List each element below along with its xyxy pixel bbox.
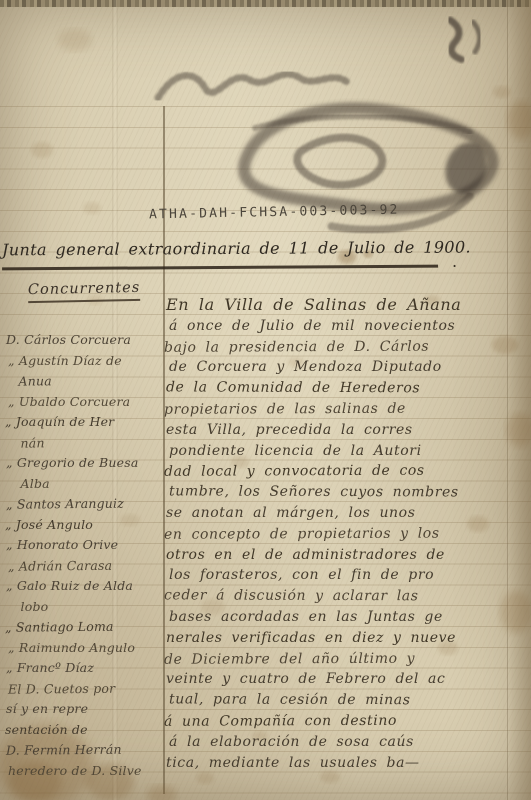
body-text-line: en concepto de propietarios y los <box>164 523 528 545</box>
title-end-mark: . <box>452 252 457 271</box>
body-text-line: se anotan al márgen, los unos <box>166 503 528 524</box>
body-text-line: esta Villa, precedida la corres <box>166 420 528 441</box>
body-text-line: de la Comunidad de Herederos <box>166 378 528 400</box>
attendee-line: „ José Angulo <box>5 515 164 536</box>
book-top-edge <box>0 0 531 7</box>
body-text-line: ceder á discusión y aclarar las <box>164 586 528 608</box>
body-text-line: tumbre, los Señores cuyos nombres <box>169 482 528 504</box>
attendee-line: „ Gregorio de Buesa <box>6 453 164 474</box>
body-text-line: nerales verificadas en diez y nueve <box>166 628 528 649</box>
body-text-line: de Diciembre del año último y <box>164 648 528 670</box>
attendee-line: lobo <box>8 597 164 618</box>
attendee-line: „ Galo Ruiz de Alda <box>6 576 164 597</box>
body-text-line: bajo la presidencia de D. Cárlos <box>164 336 528 358</box>
minutes-body-text: En la Villa de Salinas de Añanaá once de… <box>166 295 528 773</box>
body-text-line: de Corcuera y Mendoza Diputado <box>169 357 528 378</box>
attendee-line: „ Santos Aranguiz <box>6 493 164 515</box>
attendee-line: „ Raimundo Angulo <box>8 638 164 659</box>
body-text-line: propietarios de las salinas de <box>164 398 528 420</box>
ink-blot <box>439 137 493 199</box>
attendee-line: El D. Cuetos por <box>8 678 164 700</box>
attendee-line: D. Fermín Herrán <box>6 739 164 761</box>
body-text-line: En la Villa de Salinas de Añana <box>166 295 528 316</box>
attendee-line: heredero de D. Silve <box>8 761 164 782</box>
body-text-line: bases acordadas en las Juntas ge <box>169 607 528 628</box>
body-text-line: tual, para la cesión de minas <box>169 690 528 712</box>
body-text-line: á la elaboración de sosa caús <box>169 732 528 753</box>
body-text-line: los forasteros, con el fin de pro <box>169 565 528 586</box>
entry-title: Junta general extraordinaria de 11 de Ju… <box>2 238 438 271</box>
attendee-line: „ Agustín Díaz de <box>8 351 164 372</box>
manuscript-page: ATHA-DAH-FCHSA-003-003-92 Junta general … <box>0 0 531 800</box>
attendee-line: nán <box>8 432 164 454</box>
ink-smudge <box>158 20 493 230</box>
attendee-line: sentación de <box>5 720 164 741</box>
attendee-line: Anua <box>6 370 164 392</box>
body-text-line: á una Compañía con destino <box>164 710 528 732</box>
attendee-line: „ Adrián Carasa <box>8 555 164 577</box>
body-text-line: otros en el de administradores de <box>166 545 528 566</box>
margin-header-concurrentes: Concurrentes <box>28 280 141 303</box>
attendee-line: „ Honorato Orive <box>6 535 164 556</box>
attendee-line: „ Francº Díaz <box>6 658 164 679</box>
attendee-line: Alba <box>8 474 164 495</box>
body-text-line: tica, mediante las usuales ba— <box>166 753 528 774</box>
attendee-line: D. Cárlos Corcuera <box>6 330 164 351</box>
attendee-line: „ Joaquín de Her <box>5 412 164 433</box>
attendee-line: „ Ubaldo Corcuera <box>8 392 164 413</box>
attendees-list: D. Cárlos Corcuera„ Agustín Díaz de Anua… <box>6 330 164 781</box>
body-text-line: veinte y cuatro de Febrero del ac <box>166 669 528 690</box>
body-text-line: dad local y convocatoria de cos <box>164 461 528 483</box>
attendee-line: sí y en repre <box>6 699 164 720</box>
archive-reference-stamp: ATHA-DAH-FCHSA-003-003-92 <box>149 203 400 223</box>
body-text-line: á once de Julio de mil novecientos <box>169 316 528 337</box>
body-text-line: pondiente licencia de la Autori <box>169 441 528 462</box>
attendee-line: „ Santiago Loma <box>5 616 164 638</box>
